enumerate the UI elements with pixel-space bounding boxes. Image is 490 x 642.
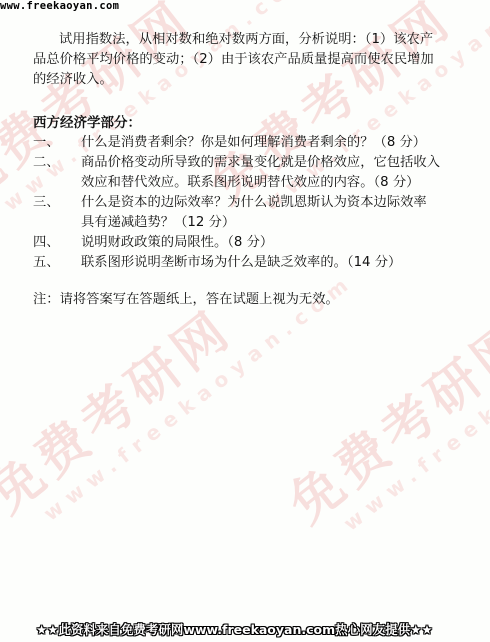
question-text: 什么是消费者剩余？你是如何理解消费者剩余的？（8 分）: [81, 133, 426, 153]
question-line: 什么是消费者剩余？你是如何理解消费者剩余的？（8 分）: [81, 133, 426, 153]
watermark-4: 免费考研网 www.freekaoyan.com: [278, 231, 490, 554]
question-text: 什么是资本的边际效率？为什么说凯恩斯认为资本边际效率 具有递减趋势？（12 分）: [81, 193, 427, 233]
exam-note: 注：请将答案写在答题纸上，答在试题上视为无效。: [33, 290, 339, 310]
question-number: 二、: [33, 153, 81, 173]
question-number: 四、: [33, 233, 81, 253]
question-line: 联系图形说明垄断市场为什么是缺乏效率的。（14 分）: [81, 253, 401, 273]
site-url-header: www.freekaoyan.com: [0, 0, 119, 12]
intro-paragraph: 试用指数法，从相对数和绝对数两方面，分析说明：（1）该农产 品总价格平均价格的变…: [33, 30, 463, 90]
intro-line: 品总价格平均价格的变动；（2）由于该农产品质量提高而使农民增加: [7, 50, 463, 70]
question-text: 说明财政政策的局限性。（8 分）: [81, 233, 273, 253]
question-line: 效应和替代效应。联系图形说明替代效应的内容。（8 分）: [81, 173, 440, 193]
intro-line: 的经济收入。: [7, 70, 463, 90]
question-line: 说明财政政策的局限性。（8 分）: [81, 233, 273, 253]
question-text: 商品价格变动所导致的需求量变化就是价格效应，它包括收入 效应和替代效应。联系图形…: [81, 153, 440, 193]
question-text: 联系图形说明垄断市场为什么是缺乏效率的。（14 分）: [81, 253, 401, 273]
question-number: 一、: [33, 133, 81, 153]
question-line: 商品价格变动所导致的需求量变化就是价格效应，它包括收入: [81, 153, 440, 173]
question-number: 三、: [33, 193, 81, 213]
watermark-url: www.freekaoyan.com: [315, 278, 490, 554]
watermark-chinese: 免费考研网: [278, 231, 490, 535]
question-line: 什么是资本的边际效率？为什么说凯恩斯认为资本边际效率: [81, 193, 427, 213]
footer-source-banner: ★★此资料来自免费考研网www.freekaoyan.com热心网友提供★★: [36, 620, 433, 638]
intro-line: 试用指数法，从相对数和绝对数两方面，分析说明：（1）该农产: [33, 30, 463, 50]
question-number: 五、: [33, 253, 81, 273]
question-line: 具有递减趋势？（12 分）: [81, 213, 427, 233]
section-title: 西方经济学部分：: [33, 113, 141, 133]
